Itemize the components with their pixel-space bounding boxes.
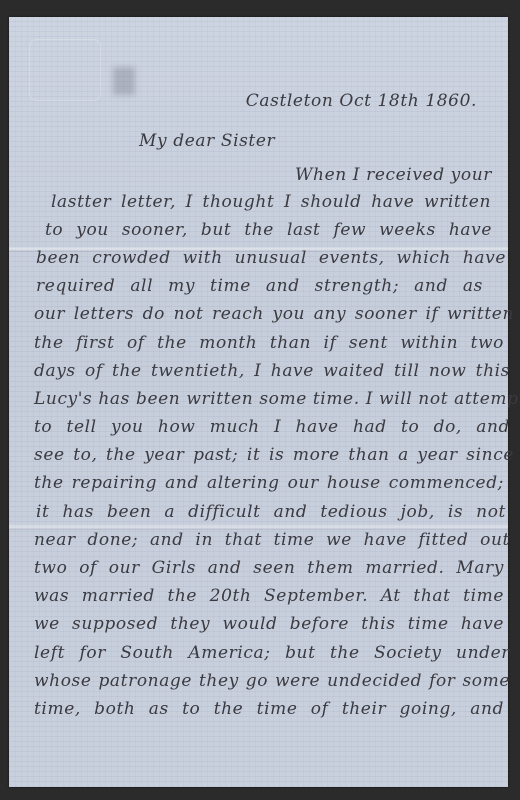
letter-line: When I received your [34, 165, 492, 185]
letter-salutation: My dear Sister [139, 131, 275, 151]
letter-line: it has been a difficult and tedious job,… [36, 502, 506, 522]
letter-line: Lucy's has been written some time. I wil… [34, 389, 510, 409]
letter-line: was married the 20th September. At that … [34, 586, 504, 606]
letter-line: near done; and in that time we have fitt… [34, 530, 510, 550]
letter-line: time, both as to the time of their going… [34, 699, 504, 719]
letter-line: required all my time and strength; and a… [36, 276, 483, 296]
letter-line: left for South America; but the Society … [34, 643, 510, 663]
letter-line: lastter letter, I thought I should have … [51, 192, 491, 212]
letter-line: see to, the year past; it is more than a… [34, 445, 514, 465]
letter-line: we supposed they would before this time … [34, 614, 504, 634]
letter-line: whose patronage they go were undecided f… [34, 671, 510, 691]
letter-place-date: Castleton Oct 18th 1860. [34, 91, 477, 111]
letter-line: been crowded with unusual events, which … [36, 248, 506, 268]
letter-line: to you sooner, but the last few weeks ha… [45, 220, 492, 240]
letter-line: two of our Girls and seen them married. … [34, 558, 504, 578]
letter-line: the first of the month than if sent with… [34, 333, 504, 353]
letter-line: to tell you how much I have had to do, a… [34, 417, 510, 437]
letter-line: days of the twentieth, I have waited til… [34, 361, 510, 381]
letter-line: the repairing and altering our house com… [34, 473, 504, 493]
letter-page: Castleton Oct 18th 1860. My dear Sister … [9, 17, 508, 787]
letter-line: our letters do not reach you any sooner … [34, 304, 514, 324]
